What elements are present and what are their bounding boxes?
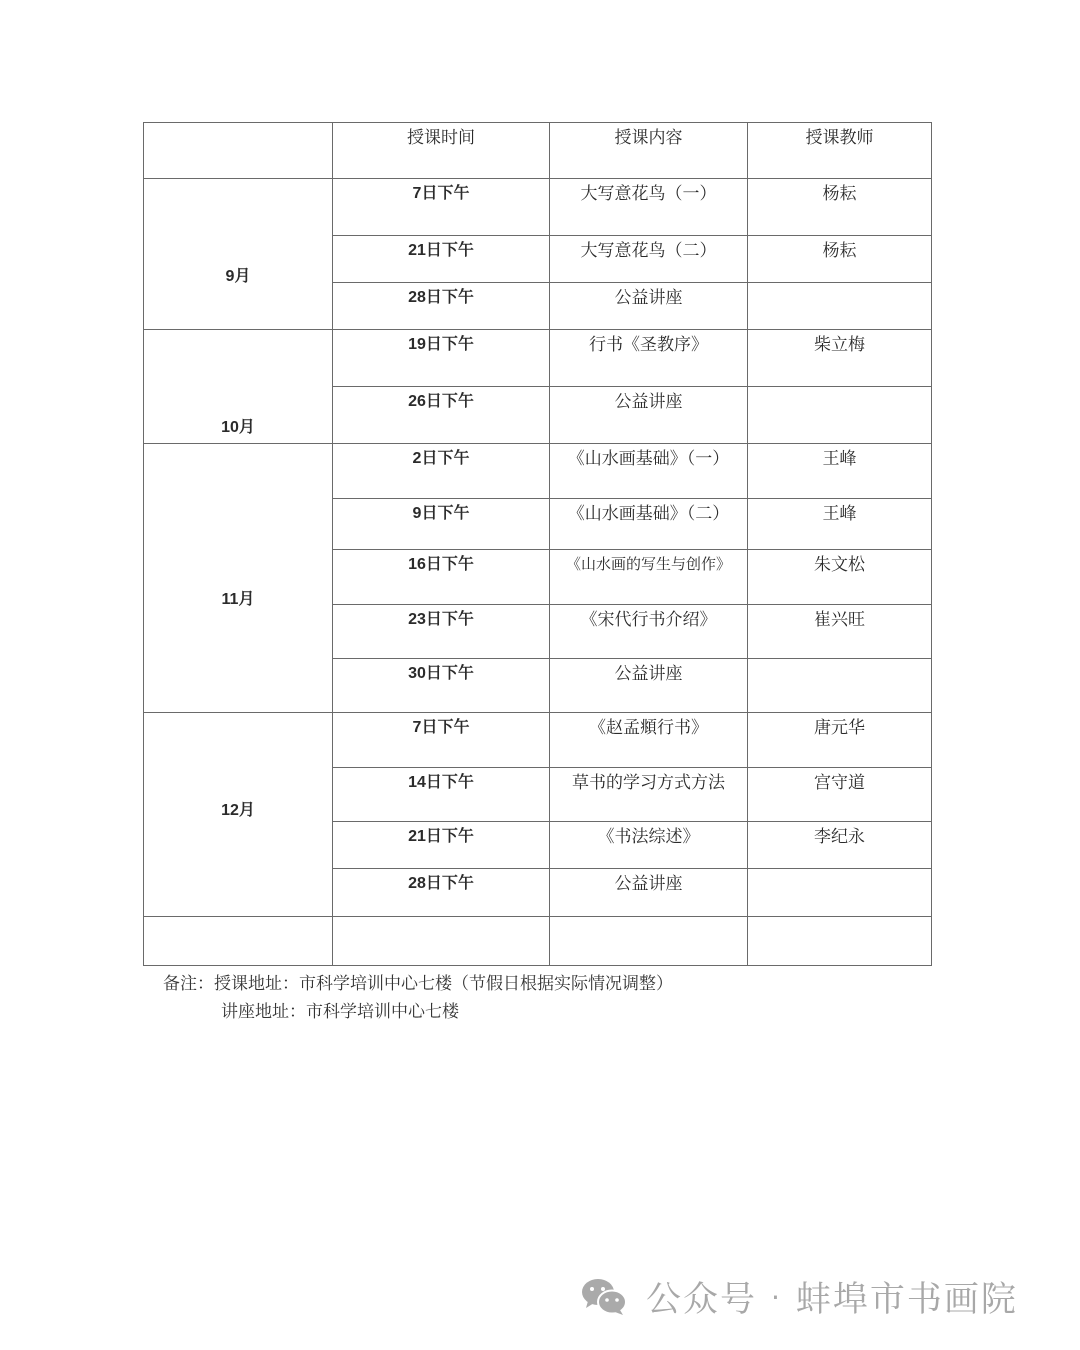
note-lecture-location: 备注：授课地址：市科学培训中心七楼（节假日根据实际情况调整）: [163, 970, 673, 998]
time-cell: 28日下午: [333, 869, 550, 917]
wechat-account-watermark: 公众号 · 蚌埠市书画院: [580, 1272, 1018, 1322]
content-cell: 公益讲座: [550, 869, 748, 917]
table-row: 12月7日下午《赵孟頫行书》唐元华: [144, 713, 932, 768]
content-cell: 《书法综述》: [550, 822, 748, 869]
footer-separator: ·: [771, 1281, 782, 1314]
teacher-cell: 王峰: [748, 444, 932, 499]
content-cell: 大写意花鸟（一）: [550, 179, 748, 236]
teacher-cell: [748, 283, 932, 330]
header-cell-teacher: 授课教师: [748, 123, 932, 179]
time-cell: 2日下午: [333, 444, 550, 499]
note-seminar-location: 讲座地址：市科学培训中心七楼: [163, 998, 673, 1026]
header-cell-time: 授课时间: [333, 123, 550, 179]
content-cell: 《山水画基础》（二）: [550, 499, 748, 550]
month-label: 11月: [144, 444, 332, 608]
content-cell: 公益讲座: [550, 283, 748, 330]
empty-cell: [333, 917, 550, 966]
empty-cell: [144, 917, 333, 966]
empty-cell: [748, 917, 932, 966]
notes: 备注：授课地址：市科学培训中心七楼（节假日根据实际情况调整） 讲座地址：市科学培…: [163, 970, 673, 1026]
teacher-cell: 朱文松: [748, 550, 932, 605]
empty-row: [144, 917, 932, 966]
footer-label: 公众号: [646, 1272, 757, 1322]
time-cell: 16日下午: [333, 550, 550, 605]
time-cell: 9日下午: [333, 499, 550, 550]
teacher-cell: 李纪永: [748, 822, 932, 869]
header-row: 授课时间 授课内容 授课教师: [144, 123, 932, 179]
teacher-cell: [748, 659, 932, 713]
time-cell: 7日下午: [333, 713, 550, 768]
teacher-cell: 王峰: [748, 499, 932, 550]
teacher-cell: [748, 387, 932, 444]
content-cell: 《山水画基础》（一）: [550, 444, 748, 499]
course-schedule-table: 授课时间 授课内容 授课教师 9月7日下午大写意花鸟（一）杨耘21日下午大写意花…: [143, 122, 932, 966]
content-cell: 《山水画的写生与创作》: [550, 550, 748, 605]
header-cell-content: 授课内容: [550, 123, 748, 179]
content-cell: 公益讲座: [550, 387, 748, 444]
month-cell: 9月: [144, 179, 333, 330]
table-row: 11月2日下午《山水画基础》（一）王峰: [144, 444, 932, 499]
content-cell: 行书《圣教序》: [550, 330, 748, 387]
teacher-cell: 宫守道: [748, 768, 932, 822]
teacher-cell: 杨耘: [748, 236, 932, 283]
wechat-icon: [580, 1277, 628, 1317]
month-label: 10月: [144, 330, 332, 436]
footer-account-name: 蚌埠市书画院: [796, 1272, 1018, 1322]
time-cell: 30日下午: [333, 659, 550, 713]
month-cell: 10月: [144, 330, 333, 444]
content-cell: 公益讲座: [550, 659, 748, 713]
time-cell: 21日下午: [333, 822, 550, 869]
content-cell: 《赵孟頫行书》: [550, 713, 748, 768]
time-cell: 21日下午: [333, 236, 550, 283]
empty-cell: [550, 917, 748, 966]
month-cell: 12月: [144, 713, 333, 917]
teacher-cell: 柴立梅: [748, 330, 932, 387]
time-cell: 26日下午: [333, 387, 550, 444]
time-cell: 23日下午: [333, 605, 550, 659]
month-label: 9月: [144, 179, 332, 285]
teacher-cell: 杨耘: [748, 179, 932, 236]
content-cell: 大写意花鸟（二）: [550, 236, 748, 283]
teacher-cell: [748, 869, 932, 917]
header-cell-month: [144, 123, 333, 179]
teacher-cell: 唐元华: [748, 713, 932, 768]
time-cell: 28日下午: [333, 283, 550, 330]
time-cell: 14日下午: [333, 768, 550, 822]
month-label: 12月: [144, 713, 332, 819]
content-cell: 《宋代行书介绍》: [550, 605, 748, 659]
time-cell: 19日下午: [333, 330, 550, 387]
table-row: 10月19日下午行书《圣教序》柴立梅: [144, 330, 932, 387]
teacher-cell: 崔兴旺: [748, 605, 932, 659]
table-row: 9月7日下午大写意花鸟（一）杨耘: [144, 179, 932, 236]
month-cell: 11月: [144, 444, 333, 713]
content-cell: 草书的学习方式方法: [550, 768, 748, 822]
time-cell: 7日下午: [333, 179, 550, 236]
